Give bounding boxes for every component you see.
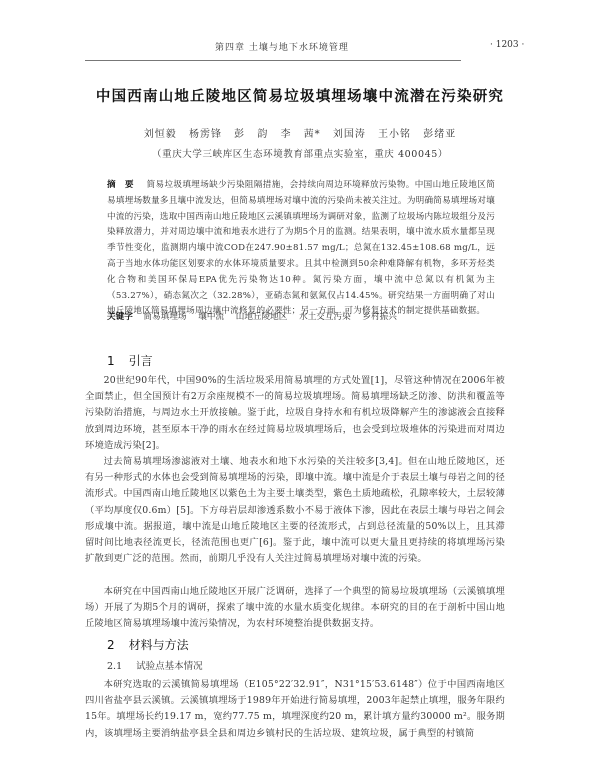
keyword: 水土交互污染 <box>299 312 351 322</box>
paragraph: 20世纪90年代，中国90%的生活垃圾采用简易填埋的方式处置[1]，尽管这种情况… <box>85 373 505 454</box>
keyword: 乡村振兴 <box>362 312 396 322</box>
keywords-label: 关键字 <box>107 312 133 322</box>
keywords: 关键字 简易填埋场 壤中流 山地丘陵地区 水土交互污染 乡村振兴 <box>107 310 495 322</box>
section-heading-introduction: 1引言 <box>107 352 153 369</box>
keyword: 简易填埋场 <box>144 312 187 322</box>
section-title: 引言 <box>129 354 153 368</box>
header-rule <box>85 60 461 61</box>
section-number: 1 <box>107 354 115 368</box>
abstract-label: 摘 要 <box>107 180 137 190</box>
author-list: 刘恒毅 杨雳锋 彭 韵 李 茜* 刘国涛 王小铭 彭绪亚 <box>0 125 600 140</box>
paragraph: 本研究在中国西南山地丘陵地区开展广泛调研，选择了一个典型的简易垃圾填埋场（云溪镇… <box>85 584 505 633</box>
abstract: 摘 要简易垃圾填埋场缺少污染阻隔措施，会持续向周边环境释放污染物。中国山地丘陵地… <box>107 178 495 320</box>
paragraph: 过去简易填埋场渗滤液对土壤、地表水和地下水污染的关注较多[3,4]。但在山地丘陵… <box>85 454 505 567</box>
keyword: 山地丘陵地区 <box>236 312 288 322</box>
running-title: 第四章 土壤与地下水环境管理 <box>215 40 349 53</box>
keyword: 壤中流 <box>198 312 224 322</box>
paper-title: 中国西南山地丘陵地区简易垃圾填埋场壤中流潜在污染研究 <box>0 85 600 106</box>
subsection-title: 试验点基本情况 <box>136 661 203 672</box>
section-title: 材料与方法 <box>129 638 189 652</box>
section-number: 2 <box>107 638 115 652</box>
running-header: 第四章 土壤与地下水环境管理 · 1203 · <box>85 40 461 58</box>
affiliation: （重庆大学三峡库区生态环境教育部重点实验室，重庆 400045） <box>0 146 600 160</box>
paragraph: 本研究选取的云溪镇简易填埋场（E105°22′32.91″，N31°15′53.… <box>85 677 505 742</box>
abstract-text: 简易垃圾填埋场缺少污染阻隔措施，会持续向周边环境释放污染物。中国山地丘陵地区简易… <box>107 180 495 316</box>
page-number: · 1203 · <box>490 40 524 50</box>
subsection-number: 2.1 <box>107 661 122 672</box>
section-heading-methods: 2材料与方法 <box>107 636 189 653</box>
subsection-heading: 2.1试验点基本情况 <box>107 658 203 672</box>
